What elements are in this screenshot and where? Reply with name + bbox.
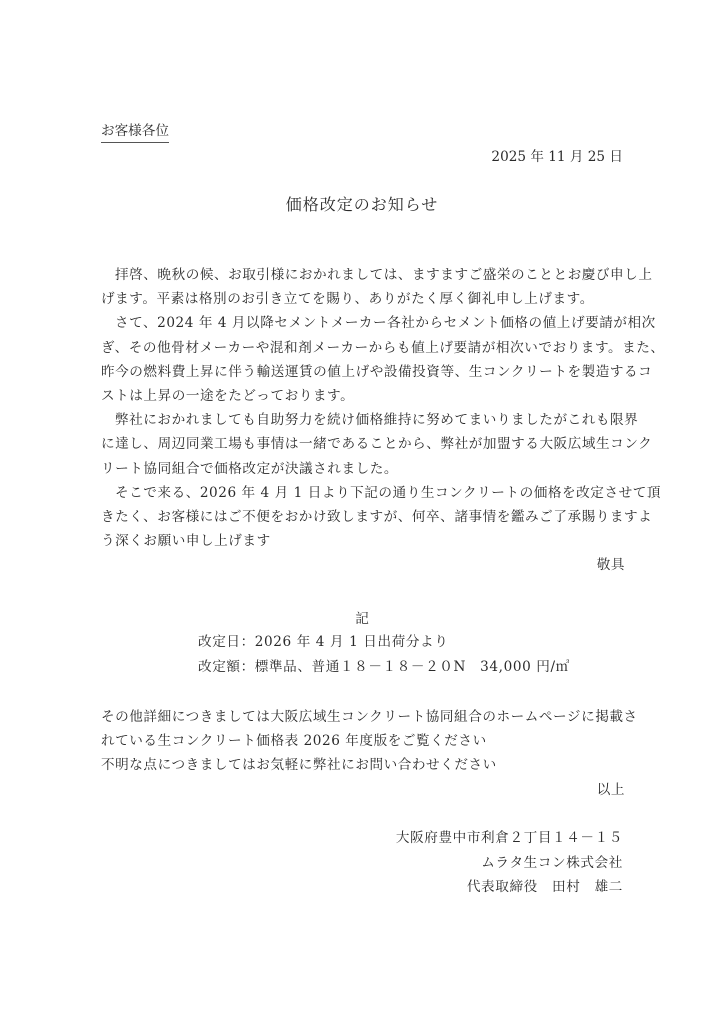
body-line: 弊社におかれましても自助努力を続け価格維持に努めてまいりましたがこれも限界 [101,408,625,432]
footer-line: その他詳細につきましては大阪広域生コンクリート協同組合のホームページに掲載さ [101,705,625,729]
body-line: ストは上昇の一途をたどっております。 [101,384,625,408]
body-text: 拝啓、晩秋の候、お取引様におかれましては、ますますご盛栄のこととお慶び申し上 げ… [101,263,625,577]
ki-heading: 記 [0,608,724,630]
document-date: 2025 年 11 月 25 日 [491,146,623,168]
body-line: そこで来る、2026 年 4 月 1 日より下記の通り生コンクリートの価格を改定… [101,481,625,505]
body-line: げます。平素は格別のお引き立てを賜り、ありがたく厚く御礼申し上げます。 [101,287,625,311]
footer-line: れている生コンクリート価格表 2026 年度版をご覧ください [101,729,625,753]
end-mark: 以上 [101,778,625,802]
body-line: 拝啓、晩秋の候、お取引様におかれましては、ますますご盛栄のこととお慶び申し上 [101,263,625,287]
representative-name: 代表取締役 田村 雄二 [467,876,623,898]
addressee: お客様各位 [101,120,169,143]
new-price: 改定額：標準品、普通１８－１８－２０N 34,000 円/㎥ [198,655,570,679]
footer-line: 不明な点につきましてはお気軽に弊社にお問い合わせください [101,753,625,777]
body-line: う深くお願い申し上げます [101,529,625,553]
body-line: さて、2024 年 4 月以降セメントメーカー各社からセメント価格の値上げ要請が… [101,311,625,335]
body-line: リート協同組合で価格改定が決議されました。 [101,457,625,481]
document-page: お客様各位 2025 年 11 月 25 日 価格改定のお知らせ 拝啓、晩秋の候… [0,0,724,1024]
body-line: 昨今の燃料費上昇に伴う輸送運賃の値上げや設備投資等、生コンクリートを製造するコ [101,360,625,384]
closing-keigu: 敬具 [101,553,625,577]
footer-text: その他詳細につきましては大阪広域生コンクリート協同組合のホームページに掲載さ れ… [101,705,625,802]
company-name: ムラタ生コン株式会社 [481,852,623,874]
body-line: きたく、お客様にはご不便をおかけ致しますが、何卒、諸事情を鑑みご了承賜りますよ [101,505,625,529]
effective-date: 改定日：2026 年 4 月 1 日出荷分より [198,630,448,654]
document-title: 価格改定のお知らせ [0,193,724,217]
company-address: 大阪府豊中市利倉２丁目１４－１５ [396,827,623,849]
body-line: ぎ、その他骨材メーカーや混和剤メーカーからも値上げ要請が相次いでおります。また、 [101,336,625,360]
body-line: に達し、周辺同業工場も事情は一緒であることから、弊社が加盟する大阪広域生コンク [101,432,625,456]
